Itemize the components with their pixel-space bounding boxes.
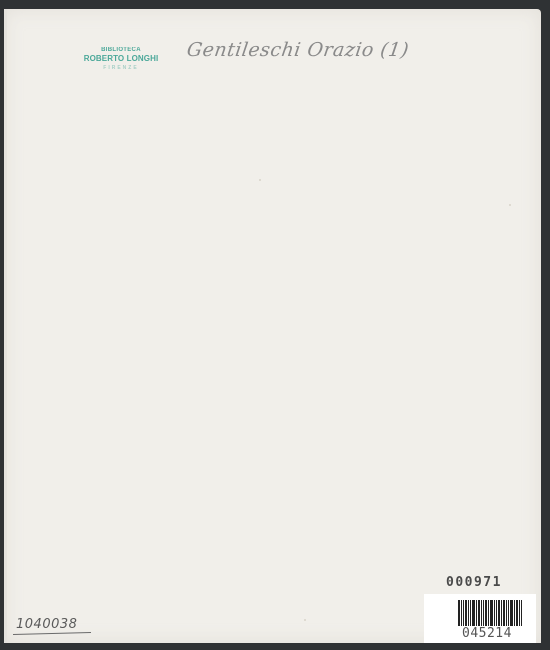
paper-speck: [509, 204, 511, 206]
library-stamp: BIBLIOTECA ROBERTO LONGHI FIRENZE: [79, 47, 163, 71]
barcode-label: 045214: [424, 594, 536, 643]
catalog-number: 000971: [446, 575, 502, 590]
paper-speck: [259, 179, 261, 181]
barcode-icon: [458, 600, 530, 626]
photo-verso-sheet: BIBLIOTECA ROBERTO LONGHI FIRENZE Gentil…: [4, 9, 541, 643]
paper-speck: [304, 619, 306, 621]
stamp-line-roberto-longhi: ROBERTO LONGHI: [79, 55, 163, 63]
stamp-line-firenze: FIRENZE: [79, 66, 163, 71]
inventory-number: 1040038: [16, 617, 77, 632]
stamp-line-biblioteca: BIBLIOTECA: [79, 47, 163, 53]
handwritten-artist-note: Gentileschi Orazio (1): [185, 39, 410, 61]
barcode-number: 045214: [462, 626, 512, 641]
